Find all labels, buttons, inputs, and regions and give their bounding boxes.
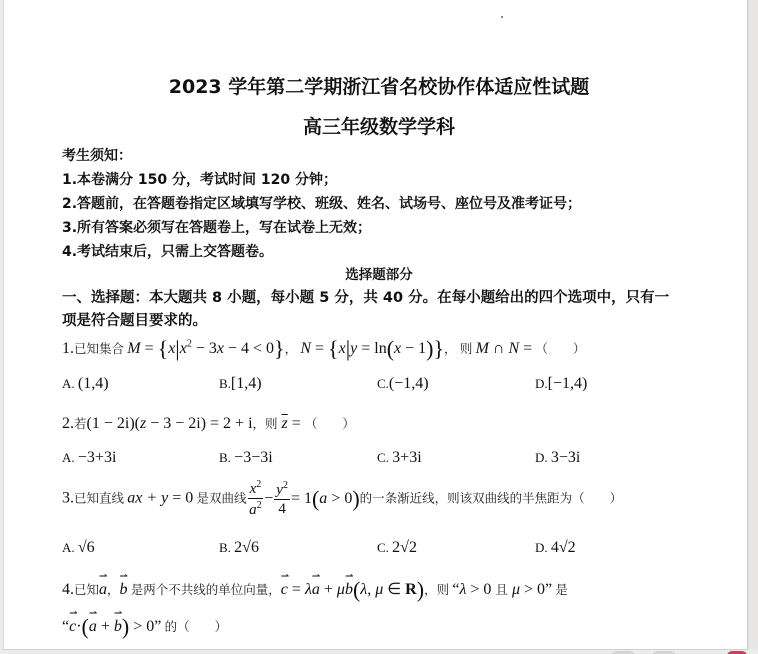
- answer-blank: （ ）: [177, 619, 227, 634]
- q1-option-a: A. (1,4): [62, 375, 109, 393]
- question-text: 若: [74, 416, 87, 431]
- dot-product-expr: “c·(a + b) > 0”: [62, 618, 161, 635]
- question-text: 且: [495, 582, 508, 597]
- notice-item-1: 1.本卷满分 150 分，考试时间 120 分钟；: [62, 169, 337, 189]
- punct: ，: [444, 341, 457, 356]
- section-instruction-line2: 项是符合题目要求的。: [62, 309, 207, 330]
- answer-blank: （ ）: [305, 416, 355, 431]
- condition-expr: “λ > 0: [452, 581, 495, 598]
- q1-option-b: B.[1,4): [219, 375, 262, 393]
- question-text: 已知: [74, 582, 99, 597]
- exam-subject: 高三年级数学学科: [0, 112, 758, 139]
- set-N: N = {x|y = ln(x − 1)}: [300, 340, 444, 357]
- q2-option-a: A. −3+3i: [62, 449, 116, 467]
- question-4-line1: 4.已知a，b 是两个不共线的单位向量，c = λa + μb(λ, μ ∈ R…: [62, 577, 568, 603]
- question-text: 的: [165, 619, 178, 634]
- question-number: 1.: [62, 340, 74, 357]
- question-number: 4.: [62, 581, 74, 598]
- q2-option-b: B. −3−3i: [219, 449, 273, 467]
- question-1: 1.已知集合 M = {x|x2 − 3x − 4 < 0}， N = {x|y…: [62, 336, 585, 362]
- question-text: 是: [555, 582, 568, 597]
- hyperbola-equation: x2a2−y24= 1(a > 0): [247, 490, 360, 507]
- notice-item-3: 3.所有答案必须写在答题卷上，写在试卷上无效；: [62, 217, 371, 237]
- punct: ，: [107, 582, 120, 597]
- question-3: 3.已知直线 ax + y = 0 是双曲线x2a2−y24= 1(a > 0)…: [62, 480, 622, 518]
- equation: (1 − 2i)(z − 3 − 2i) = 2 + i: [87, 415, 253, 432]
- q3-option-d: D. 4√2: [535, 539, 576, 557]
- punct: ，: [424, 582, 437, 597]
- notice-heading: 考生须知：: [62, 145, 132, 165]
- conjugate-z: z =: [278, 415, 305, 432]
- q1-option-c: C.(−1,4): [377, 375, 429, 393]
- q3-option-c: C. 2√2: [377, 539, 417, 557]
- question-text: 已知直线: [74, 491, 124, 506]
- section-title: 选择题部分: [0, 263, 758, 283]
- question-text: 则: [460, 341, 473, 356]
- q2-option-d: D. 3−3i: [535, 449, 580, 467]
- question-text: 已知集合: [74, 341, 124, 356]
- set-M: M = {x|x2 − 3x − 4 < 0}: [127, 340, 284, 357]
- q1-option-d: D.[−1,4): [535, 375, 587, 393]
- question-text: 则: [437, 582, 450, 597]
- line-equation: ax + y = 0: [127, 490, 193, 507]
- answer-blank: （ ）: [572, 491, 622, 506]
- exam-title: 2023 学年第二学期浙江省名校协作体适应性试题: [0, 72, 758, 99]
- question-text: 则: [265, 416, 278, 431]
- question-2: 2.若(1 − 2i)(z − 3 − 2i) = 2 + i，则 z = （ …: [62, 414, 355, 433]
- condition-expr: μ > 0”: [508, 581, 552, 598]
- answer-blank: （ ）: [535, 341, 585, 356]
- notice-item-2: 2.答题前，在答题卷指定区域填写学校、班级、姓名、试场号、座位号及准考证号；: [62, 193, 581, 213]
- q2-option-c: C. 3+3i: [377, 449, 422, 467]
- vector-c-expr: c = λa + μb(λ, μ ∈ R): [281, 581, 424, 598]
- question-text: 是两个不共线的单位向量，: [131, 582, 281, 597]
- intersection-expr: M ∩ N =: [476, 340, 533, 357]
- q3-option-a: A. √6: [62, 539, 95, 557]
- question-number: 3.: [62, 490, 74, 507]
- question-4-line2: “c·(a + b) > 0” 的（ ）: [62, 614, 227, 640]
- vector-b: b: [120, 581, 128, 598]
- q3-option-b: B. 2√6: [219, 539, 259, 557]
- question-text: 是双曲线: [197, 491, 247, 506]
- question-number: 2.: [62, 415, 74, 432]
- question-text: 的一条渐近线，则该双曲线的半焦距为: [360, 491, 573, 506]
- notice-item-4: 4.考试结束后，只需上交答题卷。: [62, 241, 273, 261]
- vector-a: a: [99, 581, 107, 598]
- punct: ，: [253, 416, 266, 431]
- section-instruction-line1: 一、选择题：本大题共 8 小题，每小题 5 分，共 40 分。在每小题给出的四个…: [62, 286, 669, 307]
- scan-speck: [501, 16, 503, 18]
- bottom-toolbar: [0, 650, 758, 654]
- punct: ，: [285, 341, 298, 356]
